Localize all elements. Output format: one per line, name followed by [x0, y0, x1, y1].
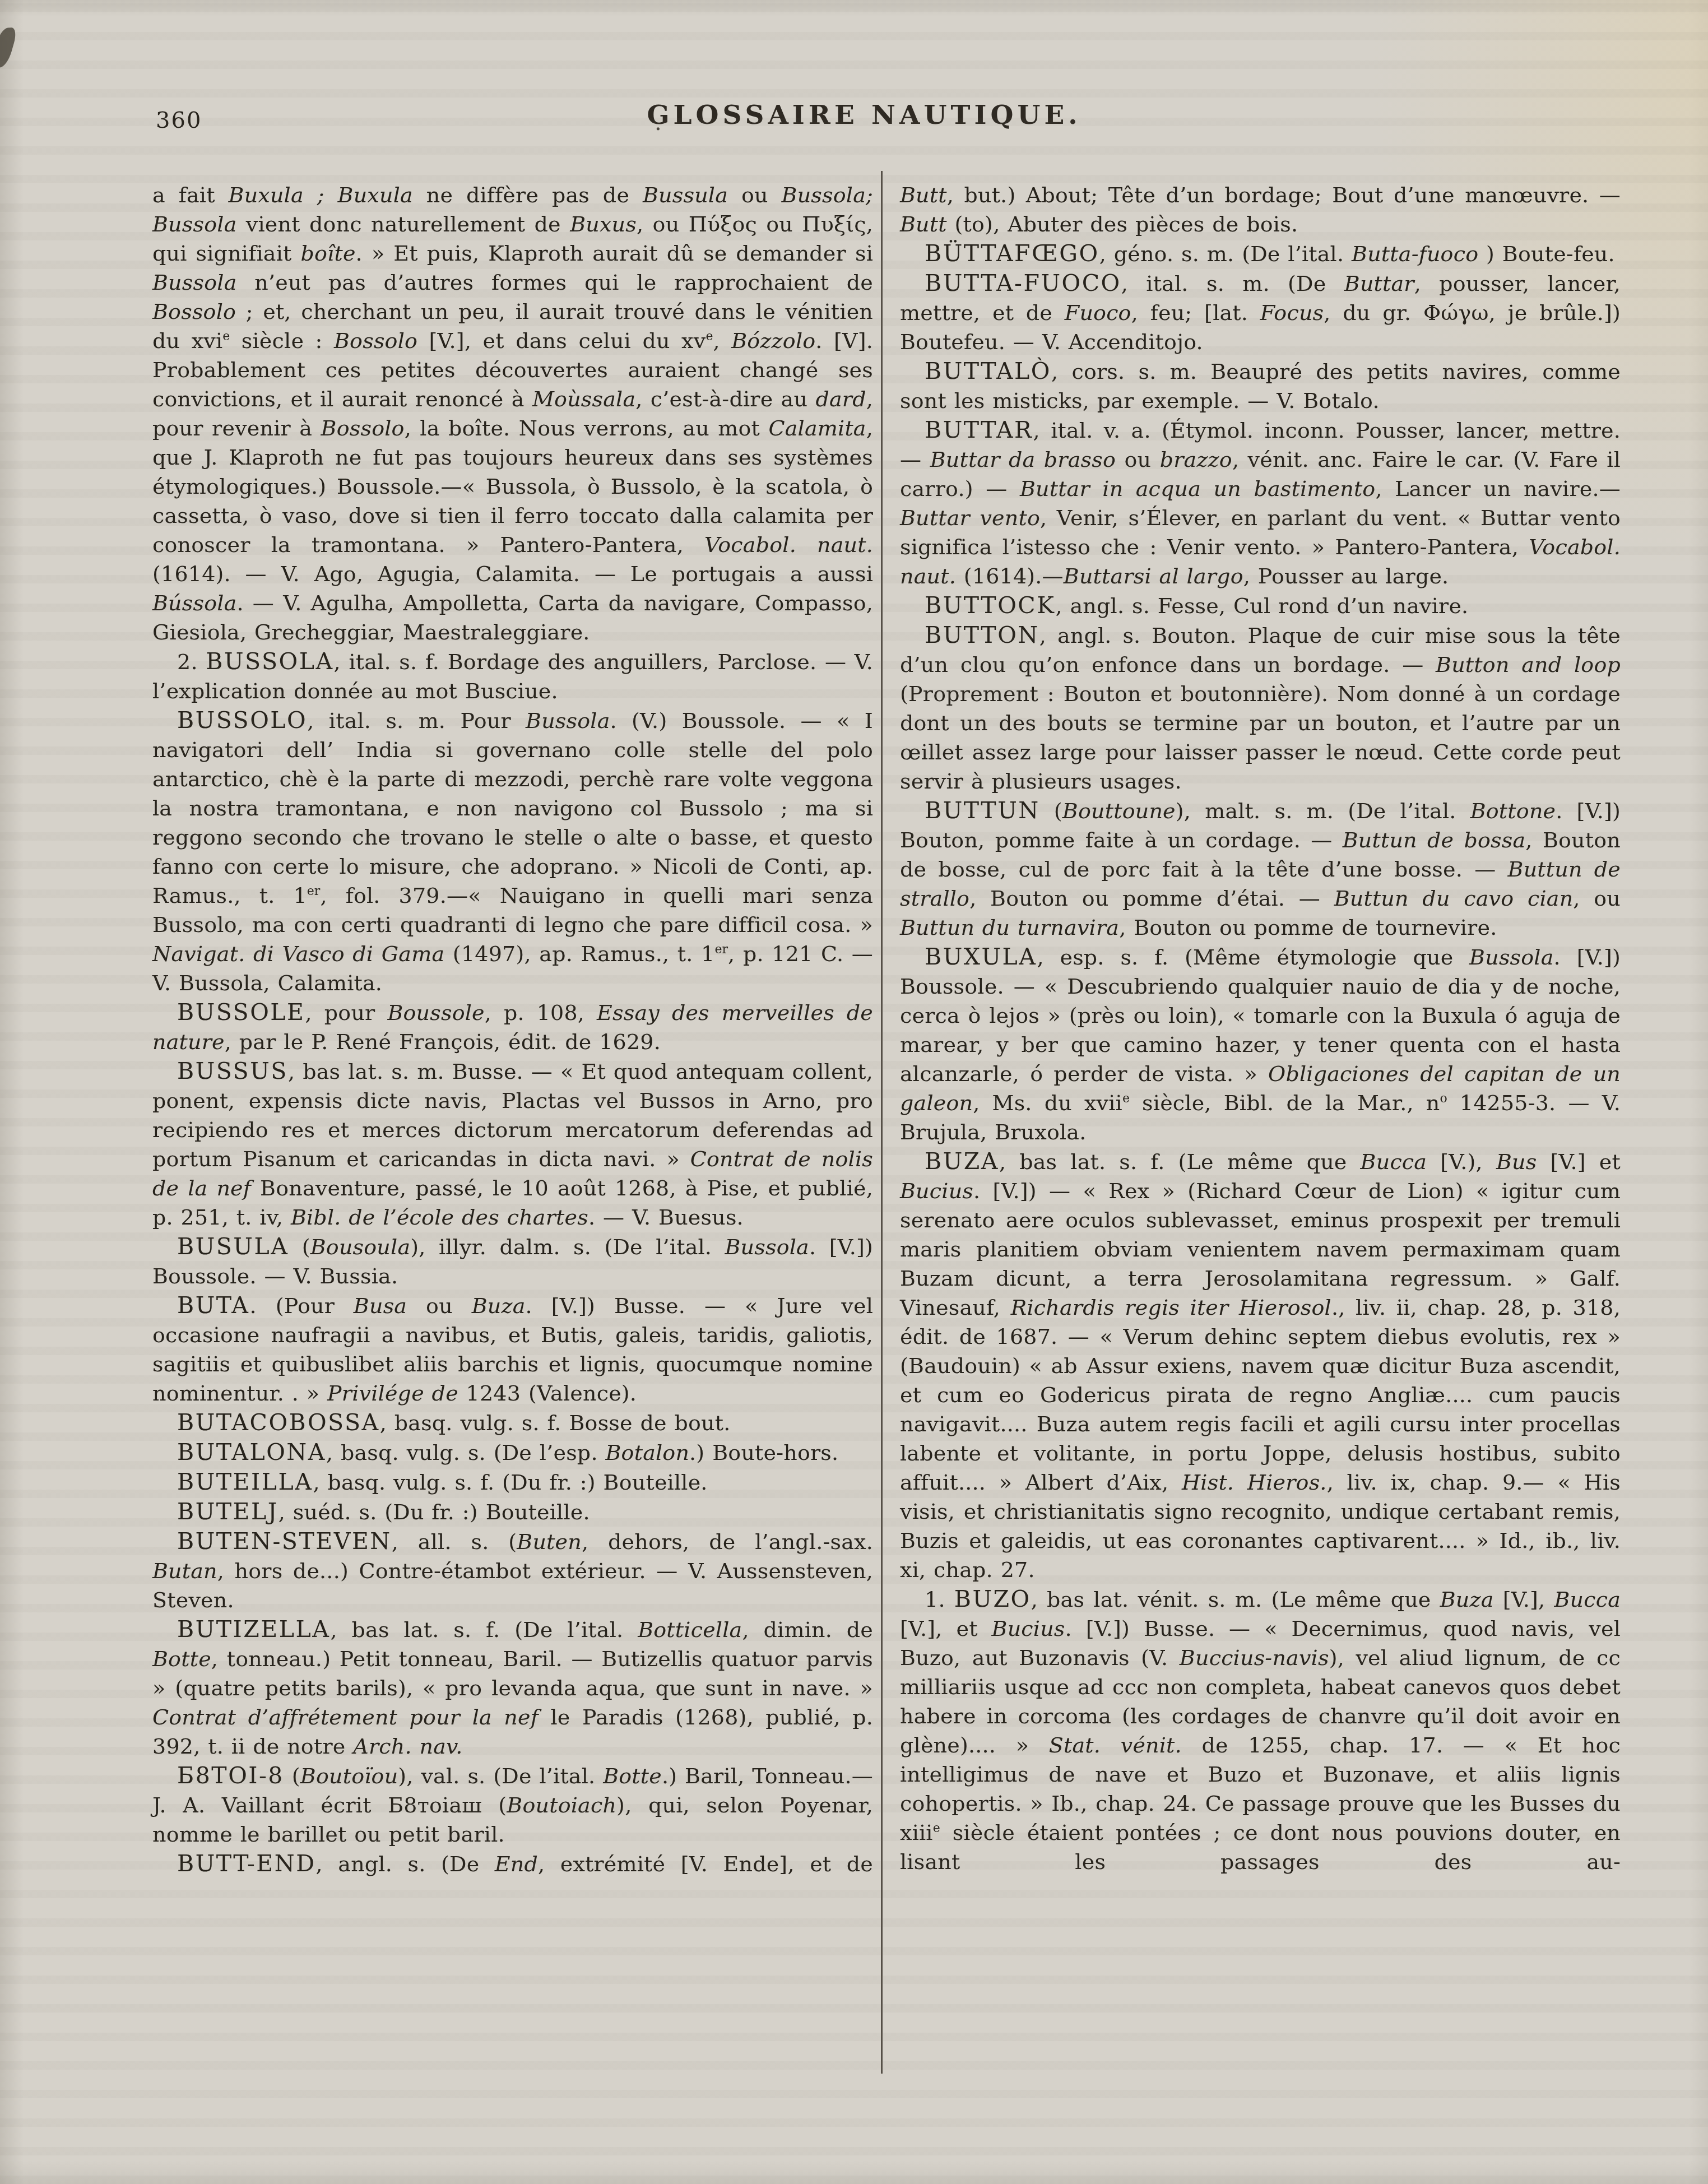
- entry-paragraph: BUXULA, esp. s. f. (Même étymologie que …: [900, 942, 1621, 1147]
- entry-paragraph: BUTTA-FUOCO, ital. s. m. (De Buttar, pou…: [900, 268, 1621, 356]
- entry-paragraph: BUTT-END, angl. s. (De End, extrémité [V…: [152, 1849, 873, 1879]
- page-edge-mark: [0, 27, 18, 68]
- entry-paragraph: Butt, but.) About; Tête d’un bordage; Bo…: [900, 180, 1621, 239]
- right-column: Butt, but.) About; Tête d’un bordage; Bo…: [900, 180, 1621, 1876]
- left-column: a fait Buxula ; Buxula ne diffère pas de…: [152, 180, 873, 1879]
- entry-paragraph: a fait Buxula ; Buxula ne diffère pas de…: [152, 180, 873, 647]
- entry-paragraph: BUZA, bas lat. s. f. (Le même que Bucca …: [900, 1147, 1621, 1584]
- entry-paragraph: BUTELJ, suéd. s. (Du fr. :) Bouteille.: [152, 1497, 873, 1527]
- entry-paragraph: BUTTAR, ital. v. a. (Étymol. inconn. Pou…: [900, 415, 1621, 591]
- column-divider-rule: [881, 171, 883, 2074]
- entry-paragraph: BUSSOLO, ital. s. m. Pour Bussola. (V.) …: [152, 706, 873, 998]
- entry-paragraph: BUSSOLE, pour Boussole, p. 108, Essay de…: [152, 998, 873, 1056]
- entry-paragraph: BUTTON, angl. s. Bouton. Plaque de cuir …: [900, 620, 1621, 796]
- entry-paragraph: BUTALONA, basq. vulg. s. (De l’esp. Bota…: [152, 1438, 873, 1467]
- entry-paragraph: BUTACOBOSSA, basq. vulg. s. f. Bosse de …: [152, 1408, 873, 1438]
- entry-paragraph: BUTA. (Pour Busa ou Buza. [V.]) Busse. —…: [152, 1291, 873, 1408]
- scanned-book-page: 360 . GLOSSAIRE NAUTIQUE. a fait Buxula …: [0, 0, 1708, 2184]
- entry-paragraph: BUTTUN (Bouttoune), malt. s. m. (De l’it…: [900, 796, 1621, 942]
- entry-paragraph: BUTIZELLA, bas lat. s. f. (De l’ital. Bo…: [152, 1615, 873, 1761]
- entry-paragraph: BUTEN-STEVEN, all. s. (Buten, dehors, de…: [152, 1527, 873, 1615]
- entry-paragraph: BUTEILLA, basq. vulg. s. f. (Du fr. :) B…: [152, 1467, 873, 1497]
- entry-paragraph: BUTTOCK, angl. s. Fesse, Cul rond d’un n…: [900, 591, 1621, 620]
- entry-paragraph: BUTTALÒ, cors. s. m. Beaupré des petits …: [900, 356, 1621, 415]
- page-title: GLOSSAIRE NAUTIQUE.: [10, 100, 1708, 131]
- entry-paragraph: Б8ТОІ-8 (Boutoïou), val. s. (De l’ital. …: [152, 1761, 873, 1849]
- entry-paragraph: BUSULA (Bousoula), illyr. dalm. s. (De l…: [152, 1232, 873, 1291]
- entry-paragraph: 1. BUZO, bas lat. vénit. s. m. (Le même …: [900, 1584, 1621, 1876]
- entry-paragraph: 2. BUSSOLA, ital. s. f. Bordage des angu…: [152, 647, 873, 706]
- entry-paragraph: BUSSUS, bas lat. s. m. Busse. — « Et quo…: [152, 1056, 873, 1232]
- entry-paragraph: BÜTTAFŒGO, géno. s. m. (De l’ital. Butta…: [900, 239, 1621, 268]
